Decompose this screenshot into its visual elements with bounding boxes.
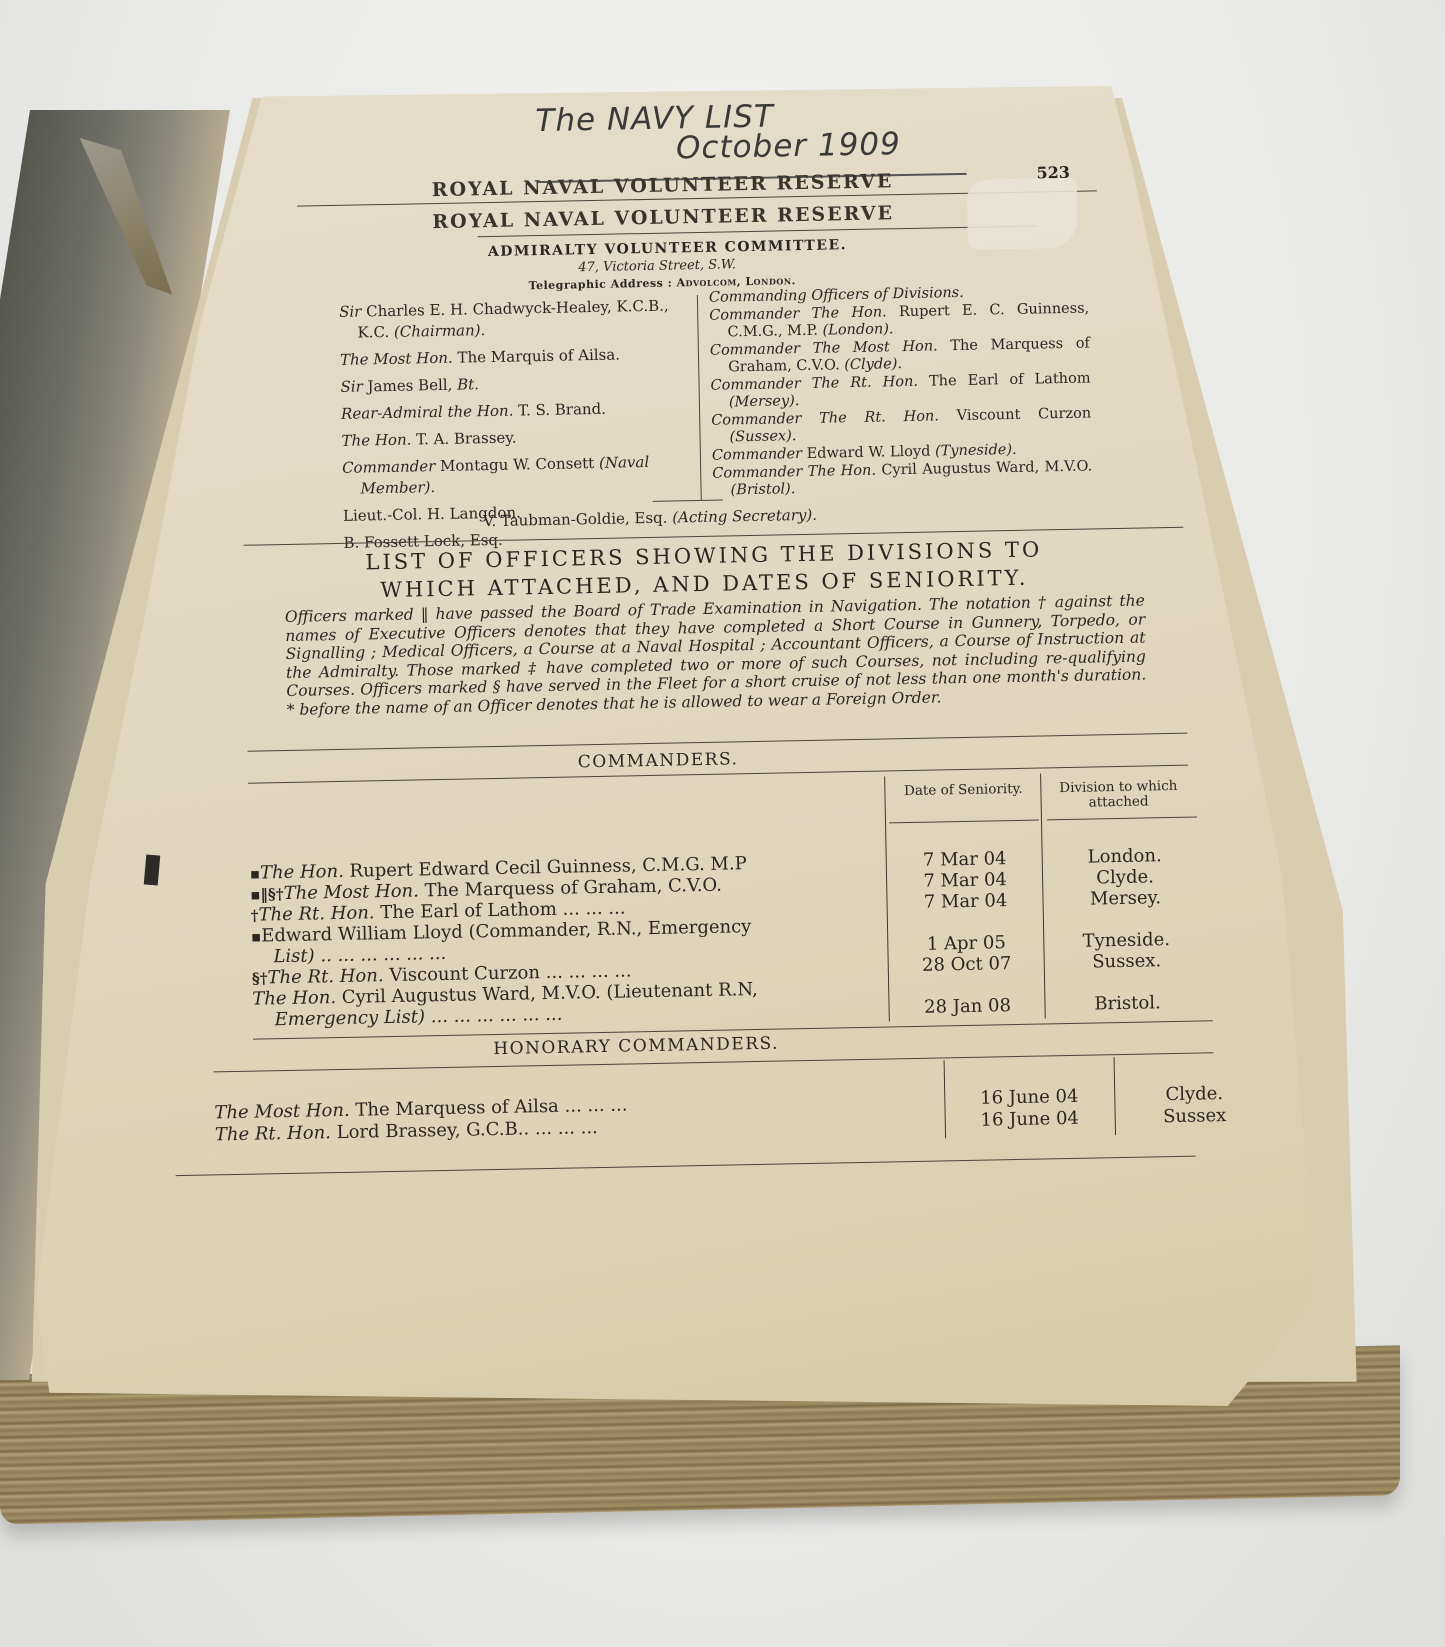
committee-member: The Most Hon. The Marquis of Ailsa.: [340, 343, 700, 371]
paper-tear: [967, 178, 1078, 250]
binding-stamp-icon: [144, 854, 161, 885]
telegraphic-value: Advolcom, London.: [676, 274, 796, 289]
date-of-seniority-header: Date of Seniority.: [888, 782, 1038, 800]
commanders-heading: COMMANDERS.: [578, 749, 739, 772]
handwritten-date: October 1909: [676, 126, 901, 166]
commanding-officers: Commanding Officers of Divisions. Comman…: [709, 282, 1093, 500]
telegraphic-label: Telegraphic Address :: [529, 276, 673, 292]
committee-member: Sir James Bell, Bt.: [340, 370, 700, 398]
commanding-officer: Commander The Hon. Cyril Augustus Ward, …: [712, 458, 1093, 499]
committee-member: Commander Montagu W. Consett (Naval Memb…: [342, 451, 703, 500]
committee-member: Sir Charles E. H. Chadwyck-Healey, K.C.B…: [339, 295, 700, 344]
committee-member: Rear-Admiral the Hon. T. S. Brand.: [341, 397, 701, 425]
committee-address: 47, Victoria Street, S.W.: [578, 257, 736, 275]
division-header: Division to which attached: [1043, 779, 1194, 812]
committee-member: The Hon. T. A. Brassey.: [341, 424, 701, 452]
notation-notes: Officers marked ‖ have passed the Board …: [285, 591, 1147, 718]
